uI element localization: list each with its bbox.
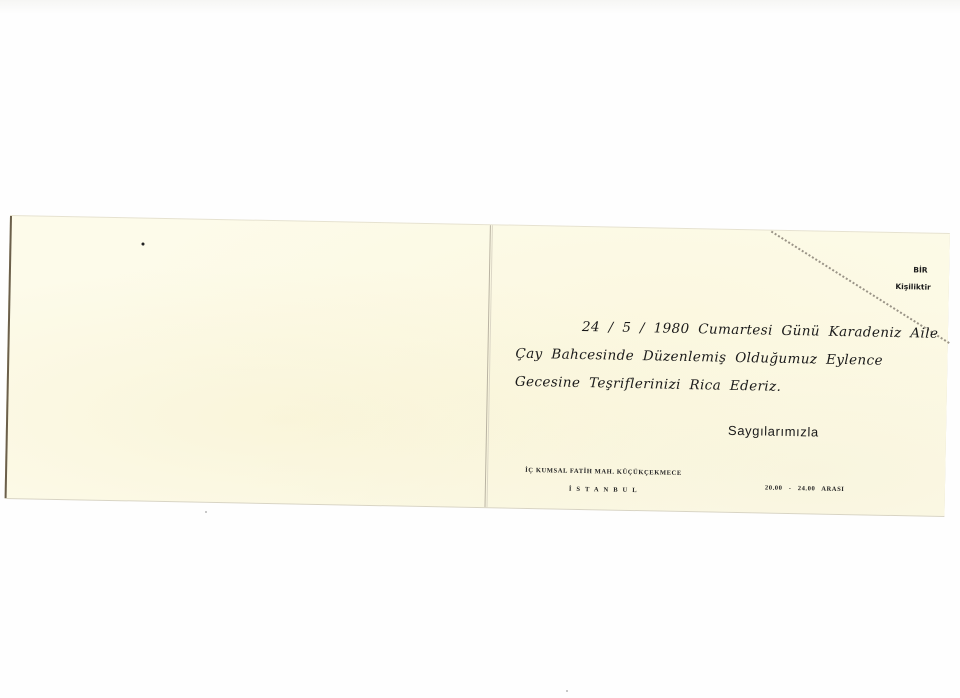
address-line: İÇ KUMSAL FATİH MAH. KÜÇÜKÇEKMECE <box>525 467 682 477</box>
dust-speck <box>205 511 207 513</box>
ink-dot <box>141 243 144 246</box>
event-hours: 20.00 - 24.00 ARASI <box>765 485 845 494</box>
message-line-3: Gecesine Teşriflerinizi Rica Ederiz. <box>515 374 895 409</box>
scan-top-shade <box>0 0 960 14</box>
single-person-badge: BİR Kişiliktir <box>895 261 931 296</box>
address-city: İSTANBUL <box>525 480 682 501</box>
dust-speck <box>566 690 568 692</box>
invitation-message: 24 / 5 / 1980 Cumartesi Günü Karadeniz A… <box>515 318 897 409</box>
invitation-card: BİR Kişiliktir 24 / 5 / 1980 Cumartesi G… <box>5 216 950 516</box>
badge-line-2: Kişiliktir <box>895 278 931 296</box>
closing-signature: Saygılarımızla <box>728 423 819 440</box>
venue-address: İÇ KUMSAL FATİH MAH. KÜÇÜKÇEKMECE İSTANB… <box>525 462 682 501</box>
badge-line-1: BİR <box>896 261 932 279</box>
